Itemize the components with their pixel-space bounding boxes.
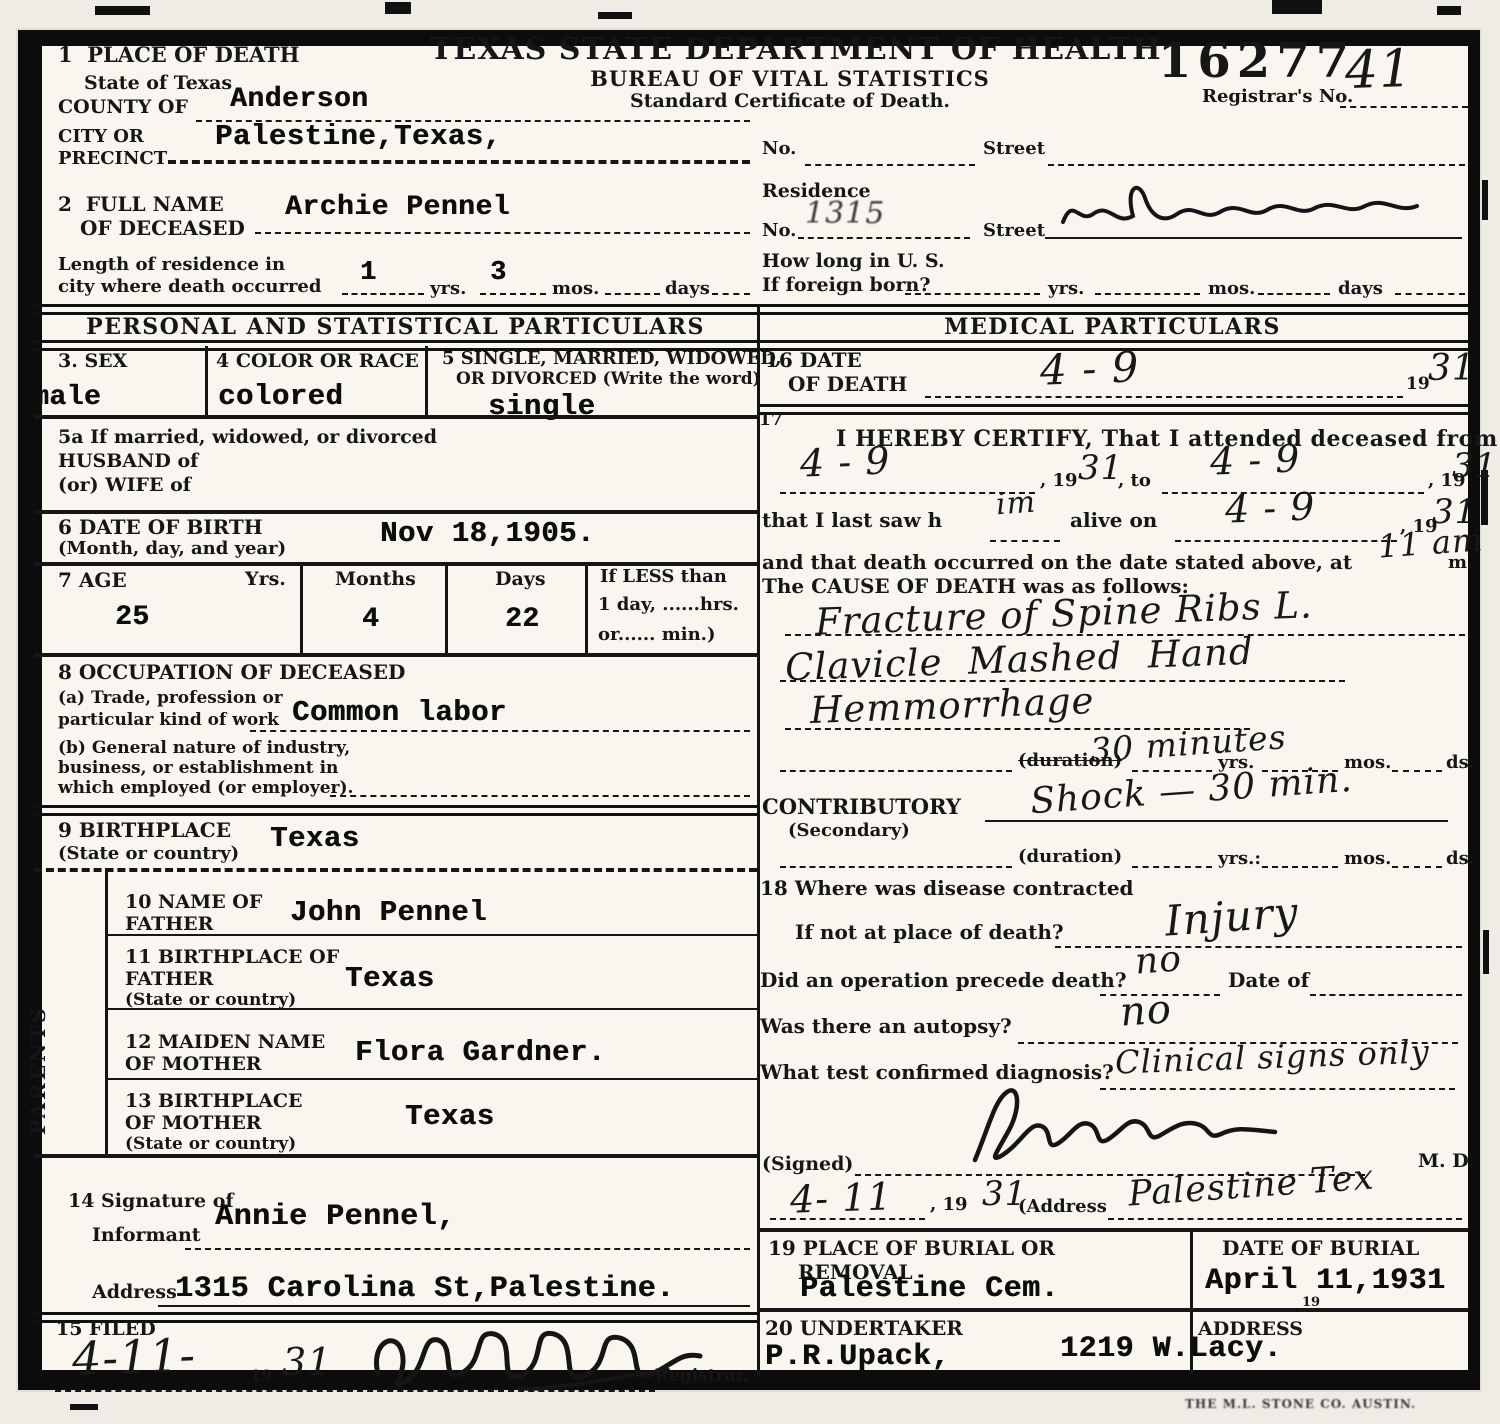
secondary-label: (Secondary) [788,822,910,841]
rule [34,868,757,872]
rule [757,1308,1468,1312]
street-no-label: No. [762,140,796,159]
rule [168,160,750,164]
last-saw-date-handwritten: 4 - 9 [1224,484,1316,531]
sex-label: 3. SEX [58,352,127,372]
death-certificate-scan: 1 PLACE OF DEATH State of Texas TEXAS ST… [0,0,1500,1424]
place-of-burial-label: 19 PLACE OF BURIAL OR [768,1238,1055,1259]
mother-maiden-value: Flora Gardner. [355,1036,606,1069]
parents-bracket-line [105,868,108,1154]
length-yrs-value: 1 [360,258,377,288]
deceased-name-value: Archie Pennel [285,192,510,223]
from-year-handwritten: 31 [1078,448,1123,488]
scan-speck [1482,180,1488,220]
duration-label: (duration) [1018,848,1122,867]
registrar-no-value-handwritten: 41 [1344,39,1414,101]
him-handwritten: im [995,485,1037,523]
burial-date-value: April 11,1931 [1205,1264,1446,1298]
scan-speck [95,6,150,15]
marital-label2: OR DIVORCED (Write the word) [456,371,761,389]
rule [712,293,750,295]
informant-address-value: 1315 Carolina St,Palestine. [175,1272,675,1306]
mos-label: mos. [1344,850,1391,869]
dob-label: 6 DATE OF BIRTH [58,517,263,538]
undertaker-value: P.R.Upack, [765,1340,950,1374]
contributory-label: CONTRIBUTORY [762,796,961,818]
age-months-header: Months [335,570,416,590]
street-label: Street [983,140,1045,159]
mother-birthplace-label3: (State or country) [125,1136,296,1154]
test-confirmed-label: What test confirmed diagnosis? [760,1062,1114,1083]
informant-value: Annie Pennel, [215,1200,456,1234]
rule [1340,106,1468,108]
attended-to-date-handwritten: 4 - 9 [1209,436,1301,483]
rule [55,1390,655,1392]
county-value: Anderson [230,84,368,115]
filed-date-handwritten: 4-11- [71,1328,197,1386]
age-days-value: 22 [505,604,540,635]
residence-no-handwritten: 1315 [805,196,885,231]
race-label: 4 COLOR OR RACE [216,352,419,372]
ds-label: ds. [1446,754,1475,773]
occupation-a-label2: particular kind of work [58,712,279,730]
filed-year-handwritten: 31 [282,1340,332,1384]
rule [1310,994,1462,996]
birthplace-label: 9 BIRTHPLACE [58,820,231,841]
address-paren-label: (Address [1018,1198,1107,1217]
marital-label: 5 SINGLE, MARRIED, WIDOWED, [442,350,782,369]
if-less-label: If LESS than [600,568,727,587]
medical-section-title: MEDICAL PARTICULARS [757,316,1468,339]
rule [905,293,1040,295]
occupation-b-label3: which employed (or employer). [58,780,353,798]
burial-place-value: Palestine Cem. [800,1272,1059,1306]
cell-divider [425,346,428,415]
full-name-label: 2 FULL NAME [58,194,224,215]
rule [1392,770,1442,772]
rule [780,770,1012,772]
rule [34,510,757,514]
rule [34,1154,757,1158]
county-label: COUNTY OF [58,98,188,118]
bureau-subtitle: BUREAU OF VITAL STATISTICS [430,68,1150,90]
age-months-value: 4 [362,604,379,635]
rule [798,237,970,239]
rule [770,1218,925,1220]
age-label: 7 AGE [58,570,127,591]
date-of-death-label2: OF DEATH [788,374,907,395]
if-not-at-place-label: If not at place of death? [795,922,1064,943]
rule [1048,164,1465,166]
mother-birthplace-label: 13 BIRTHPLACE [125,1092,303,1112]
rule [925,396,1403,398]
printed-19: , 19 [930,1196,968,1215]
cell-divider [205,346,208,415]
wife-of-label: (or) WIFE of [58,476,191,496]
last-saw-label: that I last saw h [762,510,942,531]
rule [185,1248,750,1250]
father-name-value: John Pennel [290,896,487,929]
length-mos-value: 3 [490,258,507,288]
rule [330,795,750,797]
age-years-value: 25 [115,602,150,633]
residence-street-label: Street [983,222,1045,241]
certify-statement: I HEREBY CERTIFY, That I attended deceas… [836,428,1498,451]
cell-divider [445,562,448,653]
printed-19: 19 [1406,376,1430,394]
age-days-header: Days [495,570,546,590]
occupation-label: 8 OCCUPATION OF DECEASED [58,662,405,683]
rule [1262,866,1338,868]
mother-maiden-label: 12 MAIDEN NAME [125,1033,325,1053]
rule [1258,293,1330,295]
parents-group-label: PARENTS [28,945,49,1135]
dob-label2: (Month, day, and year) [58,540,286,559]
mos-label: mos. [1208,280,1255,299]
yrs-label: yrs.: [1218,850,1261,869]
item-17-number: 17 [759,412,783,430]
rule [1045,237,1462,239]
alive-on-label: alive on [1070,510,1157,531]
printed-19: , 19 [1040,472,1078,491]
rule [108,934,757,936]
city-precinct-label: CITY OR [58,128,144,147]
rule [1108,1218,1462,1220]
signed-label: (Signed) [762,1155,853,1175]
registrar-word-label: Registrar. [655,1368,749,1386]
informant-label2: Informant [92,1226,201,1246]
ds-label: ds. [1446,850,1475,869]
cell-divider [585,562,588,653]
rule [480,293,546,295]
rule [990,540,1060,542]
operation-answer-handwritten: no [1134,938,1184,982]
occupation-b-label2: business, or establishment in [58,760,338,778]
father-birthplace-value: Texas [345,962,435,995]
days-label: days [1338,280,1383,299]
rule [255,232,750,234]
undertaker-address-value: 1219 W.Lacy. [1060,1332,1282,1366]
rule [1175,540,1397,542]
certificate-subtitle: Standard Certificate of Death. [430,92,1150,112]
residence-no-label: No. [762,222,796,241]
to-label: , to [1118,472,1151,491]
rule [1395,293,1465,295]
rule [605,293,660,295]
age-yrs-header: Yrs. [245,570,286,590]
rule [757,404,1468,415]
yrs-label: yrs. [1048,280,1084,299]
m-period-label: m. [1448,554,1473,573]
column-divider [757,304,760,1374]
duration-label: (duration) [1018,752,1122,771]
father-name-label: 10 NAME OF [125,893,262,913]
occupation-a-label: (a) Trade, profession or [58,690,283,708]
attended-from-date-handwritten: 4 - 9 [799,438,891,485]
scan-speck [70,1404,98,1410]
printer-imprint-line: THE M.L. STONE CO. AUSTIN. [1185,1398,1416,1411]
rule [108,1008,757,1010]
husband-of-label: HUSBAND of [58,452,198,472]
date-of-death-label: 16 DATE [765,350,862,371]
autopsy-answer-handwritten: no [1118,986,1173,1036]
how-long-us-label: How long in U. S. [762,252,945,272]
department-title: TEXAS STATE DEPARTMENT OF HEALTH [430,34,1150,66]
dob-value: Nov 18,1905. [380,517,595,550]
birthplace-label2: (State or country) [58,845,239,864]
father-birthplace-label: 11 BIRTHPLACE OF [125,948,339,968]
full-name-label2: OF DECEASED [80,218,245,239]
filed-19-printed: 19 [250,1368,272,1385]
md-label: M. D. [1418,1152,1475,1172]
state-of-texas-label: State of Texas [84,74,232,94]
undertaker-label: 20 UNDERTAKER [765,1318,963,1339]
if-less-label2: 1 day, ......hrs. [598,596,739,615]
rule [34,805,757,816]
death-occurred-label: and that death occurred on the date stat… [762,552,1352,573]
rule [1132,866,1212,868]
date-of-label: Date of [1228,970,1309,991]
informant-label: 14 Signature of [68,1192,234,1212]
field1-place-of-death-label: 1 PLACE OF DEATH [58,44,299,66]
days-label: days [665,280,710,299]
yrs-label: yrs. [430,280,466,299]
rule [250,730,750,732]
length-residence-label2: city where death occurred [58,278,321,297]
if-less-label3: or...... min.) [598,626,715,645]
scan-speck [1272,0,1322,14]
informant-address-label: Address [92,1283,177,1303]
birthplace-value: Texas [270,822,360,855]
registrar-no-label: Registrar's No. [1202,88,1353,107]
occupation-b-label: (b) General nature of industry, [58,740,350,758]
rule [1055,946,1462,948]
to-year-handwritten: 31 [1452,446,1497,486]
rule [1095,293,1200,295]
length-residence-label: Length of residence in [58,256,285,275]
where-contracted-label: 18 Where was disease contracted [760,878,1134,899]
mother-maiden-label2: OF MOTHER [125,1055,262,1075]
autopsy-label: Was there an autopsy? [760,1016,1012,1037]
personal-section-title: PERSONAL AND STATISTICAL PARTICULARS [34,316,757,339]
rule [805,164,975,166]
scan-speck [598,12,632,19]
occupation-value: Common labor [292,696,507,729]
rule [108,1078,757,1080]
city-value: Palestine,Texas, [215,120,501,153]
rule [34,653,757,657]
operation-label: Did an operation precede death? [760,970,1127,991]
residence-street-handwriting-scrawl [1055,176,1445,234]
race-value: colored [218,380,343,413]
file-number-stamp: 16277 [1158,36,1355,86]
injury-value-handwritten: Injury [1163,887,1300,945]
mother-birthplace-value: Texas [405,1100,495,1133]
rule [1392,866,1442,868]
cell-divider [300,562,303,653]
scan-speck [385,2,411,14]
sex-value: male [32,382,101,413]
rule [757,1228,1468,1232]
physician-signature-scrawl [945,1086,1295,1166]
scan-speck [1483,930,1489,974]
rule [34,415,757,419]
mos-label: mos. [552,280,599,299]
death-year-handwritten: 31 [1428,348,1476,389]
rule [158,1305,750,1307]
mother-birthplace-label2: OF MOTHER [125,1114,262,1134]
scan-speck [1437,6,1461,15]
rule [342,293,424,295]
sign-date-handwritten: 4- 11 [789,1174,893,1222]
husband-wife-label: 5a If married, widowed, or divorced [58,428,437,448]
date-of-burial-label: DATE OF BURIAL [1222,1238,1419,1259]
father-name-label2: FATHER [125,915,213,935]
rule [780,866,1012,868]
date-of-death-value-handwritten: 4 - 9 [1039,342,1140,394]
city-precinct-label2: PRECINCT [58,150,167,169]
father-birthplace-label2: FATHER [125,970,213,990]
